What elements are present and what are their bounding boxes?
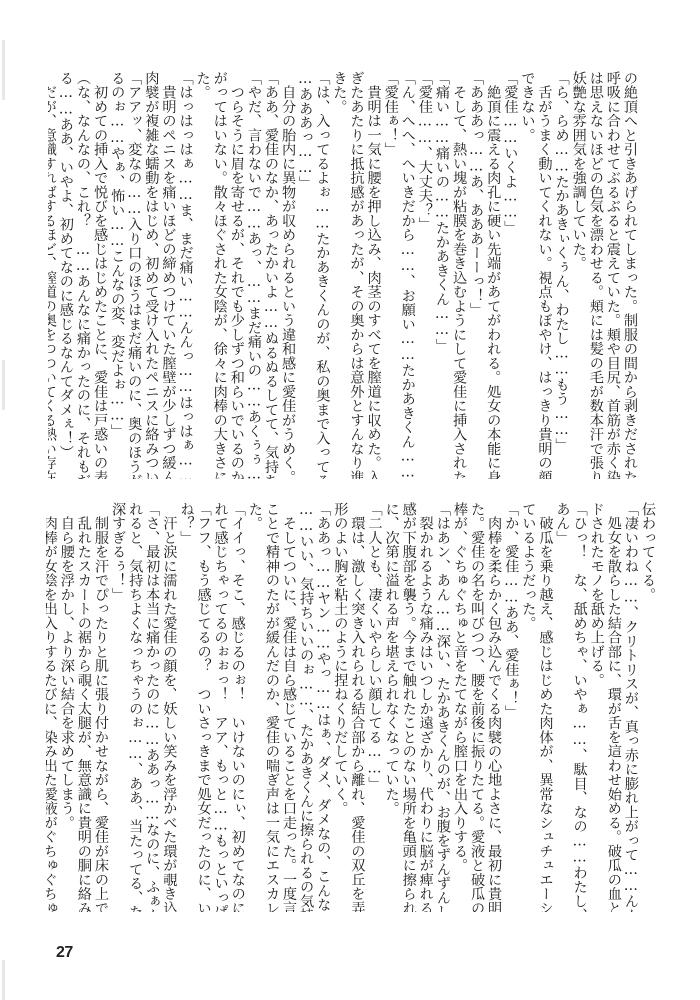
text-line: ドされたモノを舐め上げる。 <box>588 502 605 912</box>
text-line: は思えないほどの色気を漂わせる。頬には髪の毛が数本汗で張りつき、余計に <box>587 71 604 479</box>
text-line: 「は、入ってるよぉ……たかあきくんのが、私の奥まで入ってるぅ……ああ… <box>313 71 330 479</box>
text-line: がってはいない。散々ほぐされた女陰が、徐々に肉棒の大きさに慣れてきてい <box>211 71 228 479</box>
text-line: 破瓜を乗り越え、感じはじめた肉体が、異常なシュチュエーションに昂り始め <box>536 502 553 912</box>
text-line: 深すぎるぅ！」 <box>109 502 126 912</box>
text-line: れて感じちゃってるのぉぉっ！ アア、もっと……もっといっぱい抉ってぇ！」 <box>212 502 229 912</box>
text-line: 初めての挿入で悦びを感じはじめたことに、愛佳は戸惑いの表情を浮かべた。 <box>91 71 108 479</box>
text-line: 感が下腹部を襲う。今まで触れたことのない場所を亀頭に擦られるという快感 <box>400 502 417 912</box>
text-line: た。 <box>246 502 263 912</box>
text-line: できない。 <box>518 71 535 479</box>
text-line: 「痛い……痛いの……たかあきくん……」 <box>433 71 450 479</box>
text-line: 棒が、ぐちゅぐちゅと音をたてながら膣口を出入りする。 <box>451 502 468 912</box>
text-line: （な、なんなの、これ？ ……あんなに痛かったのに、それもだんだん薄れて <box>74 71 91 479</box>
text-line: だが、意識すればするほど、膣道の奥をつついてくる熱い存在をはっきりと <box>48 71 57 479</box>
book-page: の絶頂へと引きあげられてしまった。制服の間から剥きだされた乳房が、荒い呼吸に合わ… <box>0 0 700 1000</box>
text-line: 「か、愛佳……ああ、愛佳ぁ！」 <box>502 502 519 912</box>
text-line: そして、熱い塊が粘膜を巻き込むようにして愛佳に挿入された。 <box>450 71 467 479</box>
text-line: た。愛佳の名を叫びつつ、腰を前後に振りたてる。愛液と破瓜の血に濡れた肉 <box>468 502 485 912</box>
text-line: 制服を汗でぴったりと肌に張り付かせながら、愛佳が床の上で身悶える。 <box>92 502 109 912</box>
text-line: の絶頂へと引きあげられてしまった。制服の間から剥きだされた乳房が、荒い <box>621 71 638 479</box>
text-line: 環は、激しく突き入れられる結合部から離れ、愛佳の双丘を弄りはじめる。 <box>348 502 365 912</box>
text-line: るのぉ……やぁ、怖い……こんなの変、変だよぉ……」 <box>108 71 125 479</box>
page-number: 27 <box>56 944 73 962</box>
text-line: 裂かれるような痛みはいつしか遠ざかり、代わりに脳が痺れるような鈍い快 <box>417 502 434 912</box>
text-line: ことで精神のたがが緩んだのか、愛佳の喘ぎ声は一気にエスカレートしていっ <box>263 502 280 912</box>
text-line: 「ひっ！ な、舐めちゃ、いやぁ……、駄目、なの……わたし、きゃふぅ、あ <box>571 502 588 912</box>
text-line: 「ああっ……ヤン……やっ……はぁ、ダメ、ダメなの、こんなのダメなのにぃ <box>314 502 331 912</box>
text-line: 自ら腰を浮かし、より深い結合を求めてしまう。 <box>58 502 75 912</box>
scan-edge-shadow <box>2 960 5 1000</box>
text-line: 伝わってくる。 <box>639 502 656 912</box>
text-line: きた。 <box>330 71 347 479</box>
text-line: 「凄いわね……、クリトリスが、真っ赤に膨れ上がって……んんっ」 <box>622 502 639 912</box>
text-line: 「ん、へへ、へいきだから……、お願い……たかあきくん……最後まで」 <box>399 71 416 479</box>
text-line: 肉襞が複雑な蠕動をはじめ、初めて受け入れたペニスに絡みついていく。 <box>142 71 159 479</box>
text-line: 処女を散らした結合部に、環が舌を這わせ始める。破瓜の血と愛液がブレン <box>605 502 622 912</box>
text-line: 肉棒が女陰を出入りするたびに、染み出た愛液がぐちゅぐちゅとあたりに飛 <box>46 502 58 912</box>
text-line: 乱れたスカートの裾から覗く太腿が、無意識に貴明の胴に絡み付いていた。 <box>75 502 92 912</box>
text-line: 「フフ、もう感じてるの？ ついさっきまで処女だったのに、いやらしい子 <box>194 502 211 912</box>
text-line: そしてついに、愛佳は自ら感じていることを口走った。一度言ってしまった <box>280 502 297 912</box>
text-line: 「愛佳……いくよ……」 <box>501 71 518 479</box>
text-line: ね？」 <box>177 502 194 912</box>
text-line: 「あああっ……あ、あああーーっ！」 <box>467 71 484 479</box>
text-line: あん」 <box>553 502 570 912</box>
text-line: 「愛佳……、大丈夫？」 <box>416 71 433 479</box>
text-line: ているようだった。 <box>519 502 536 912</box>
text-line: ぎたあたりに抵抗感があったが、その奥からは意外とすんなり進めることがで <box>347 71 364 479</box>
text-line: に、次第に溢れる声を堪えられなくなっていた。 <box>383 502 400 912</box>
text-line: 絶頂に震える肉孔に硬い先端があてがわれる。処女の本能に身体が震えた。 <box>484 71 501 479</box>
text-line: 「愛佳ぁ！」 <box>382 71 399 479</box>
text-block-top: の絶頂へと引きあげられてしまった。制服の間から剥きだされた乳房が、荒い呼吸に合わ… <box>48 71 638 479</box>
text-line: 「はっはっはぁ……ま、まだ痛い……んんっ……はっはぁ……」 <box>176 71 193 479</box>
text-block-bottom: 伝わってくる。「凄いわね……、クリトリスが、真っ赤に膨れ上がって……んんっ」 処… <box>46 502 656 912</box>
text-line: 呼吸に合わせてぶるぶると震えていた。頬や目尻、首筋が赤く染まり、処女と <box>604 71 621 479</box>
text-line: 舌がうまく動いてくれない。視点もぼやけ、はっきり貴明の顔を見ることも <box>535 71 552 479</box>
text-line: 「はあン、あん……深い、たかあきくんのが、お腹をずんずんしてくるぅ！」 <box>434 502 451 912</box>
scan-edge-shadow <box>2 40 5 100</box>
scan-edge-shadow <box>2 360 5 410</box>
text-line: 「アアッ、変なの……入り口のほうはまだ痛いのに、奥のほうがむずむずして <box>125 71 142 479</box>
text-line: つらそうに眉を寄せるが、それでも少しずつ和らいでいるのか、最初ほど痛 <box>228 71 245 479</box>
text-line: れると、気持ちよくなっちゃうのぉ……、ああ、当たってる、たかあきくんの <box>126 502 143 912</box>
text-line: …あああっ……」 <box>296 71 313 479</box>
text-line: 貴明は一気に腰を押し込み、肉茎のすべてを膣道に収めた。入り口を少し過 <box>365 71 382 479</box>
text-line: 「二人とも、凄くいやらしい顔してる……」 <box>365 502 382 912</box>
text-line: 「さ、最初は本当に痛かったのに……ああっ……なのに、ふぁん……奥を擦ら <box>143 502 160 912</box>
text-line: 「ああ、愛佳のなか、あったかいよ……ぬるぬるしてて、気持ちイイ……」 <box>262 71 279 479</box>
text-line: た。 <box>194 71 211 479</box>
text-line: 形のよい胸を粘土のように捏ねくりだしていく。 <box>331 502 348 912</box>
text-line: 「ら、らめ……たかあきぃくぅん、わたし……もう……」 <box>553 71 570 479</box>
text-line: 汗と涙に濡れた愛佳の顔を、妖しい笑みを浮かべた環が覗き込む。 <box>160 502 177 912</box>
text-line: 自分の胎内に異物が収められるという違和感に愛佳がうめく。 <box>279 71 296 479</box>
text-line: ……いい、気持ちいいのぉ……、たかあきくんに擦られるの気持ちいいのぉ！」 <box>297 502 314 912</box>
text-line: 肉棒を柔らかく包み込んでくる肉襞の心地よさに、最初に貴明のほうが折れ <box>485 502 502 912</box>
text-line: 「やだ、言わないで……あっ、……まだ痛いの……あくぅぅ……」 <box>245 71 262 479</box>
text-line: 「イイっ、そこ、感じるのぉ！ いけないのにぃ、初めてなのに、奥まで突か <box>229 502 246 912</box>
text-line: 妖艶な雰囲気を強調していた。 <box>570 71 587 479</box>
text-line: る……ああ、いやよ、初めてなのに感じるなんてダメぇ！） <box>57 71 74 479</box>
text-line: 貴明のペニスを痛いほどの締めつけていた膣壁が少しずつ緩んできた。逆に <box>159 71 176 479</box>
